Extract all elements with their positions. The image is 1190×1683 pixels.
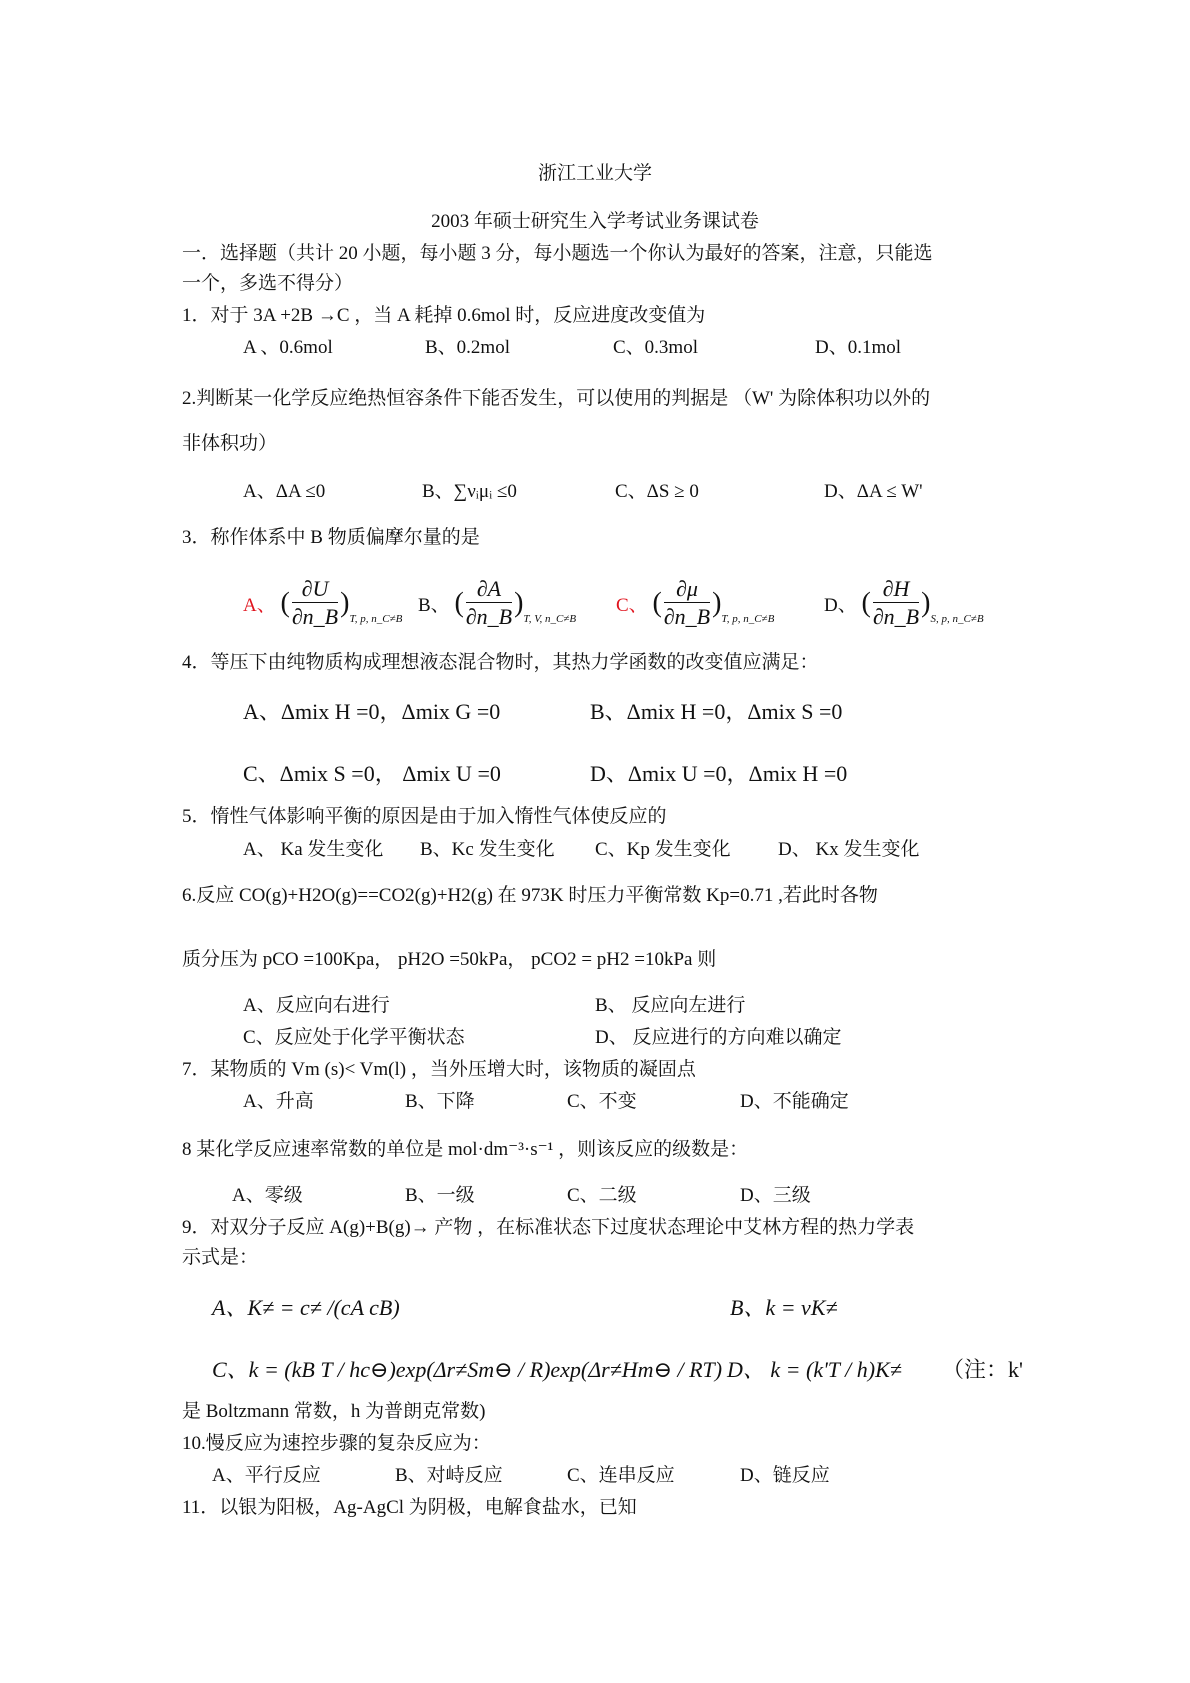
option-c: C、不变: [567, 1090, 637, 1114]
option-a: A、反应向右进行: [243, 994, 390, 1018]
question-text: 某化学反应速率常数的单位是 mol·dm⁻³·s⁻¹ ，则该反应的级数是：: [196, 1139, 748, 1160]
question-text: 慢反应为速控步骤的复杂反应为：: [206, 1433, 491, 1454]
option-a: A 、0.6mol: [243, 336, 333, 360]
option-b: B、0.2mol: [425, 336, 510, 360]
option-c: C、ΔS ≥ 0: [615, 480, 699, 504]
option-a: A、平行反应: [212, 1464, 321, 1488]
subscript: T, p, n_C≠B: [349, 613, 402, 625]
question-3: 3．称作体系中 B 物质偏摩尔量的是: [182, 526, 480, 550]
option-a: A、ΔA ≤0: [243, 480, 325, 504]
option-label: B、: [418, 595, 450, 616]
option-d: D、链反应: [740, 1464, 830, 1488]
question-number: 8: [182, 1139, 192, 1160]
option-a: A、 Ka 发生变化: [243, 838, 383, 862]
question-number: 4．: [182, 652, 211, 673]
question-6-line2: 质分压为 pCO =100Kpa， pH2O =50kPa， pCO2 = pH…: [182, 948, 716, 972]
subscript: S, p, n_C≠B: [930, 613, 983, 625]
numerator: ∂A: [466, 576, 512, 603]
option-b: B、k = νK≠: [730, 1296, 838, 1320]
option-b: B、一级: [405, 1184, 475, 1208]
section-title-line2: 一个，多选不得分）: [182, 272, 353, 296]
question-text: 等压下由纯物质构成理想液态混合物时，其热力学函数的改变值应满足：: [211, 652, 819, 673]
question-text: 惰性气体影响平衡的原因是由于加入惰性气体使反应的: [211, 806, 667, 827]
option-c: C、Δmix S =0， Δmix U =0: [243, 762, 501, 786]
question-8: 8 某化学反应速率常数的单位是 mol·dm⁻³·s⁻¹ ，则该反应的级数是：: [182, 1138, 748, 1162]
question-text: 称作体系中 B 物质偏摩尔量的是: [211, 527, 480, 548]
note-start: （注：k': [942, 1358, 1023, 1382]
question-text: 判断某一化学反应绝热恒容条件下能否发生，可以使用的判据是 （W' 为除体积功以外…: [196, 388, 930, 409]
university-name: 浙江工业大学: [0, 162, 1190, 186]
question-text: 某物质的 Vm (s)< Vm(l) ，当外压增大时，该物质的凝固点: [211, 1059, 696, 1080]
question-1: 1．对于 3A +2B →C ，当 A 耗掉 0.6mol 时，反应进度改变值为: [182, 304, 705, 328]
option-a: A、 (∂U∂n_B)T, p, n_C≠B: [243, 576, 402, 631]
option-c: C、0.3mol: [613, 336, 698, 360]
option-b: B、下降: [405, 1090, 475, 1114]
question-number: 10.: [182, 1433, 206, 1454]
option-d: D、 Kx 发生变化: [778, 838, 919, 862]
option-label: C、: [616, 595, 648, 616]
option-c: C、Kp 发生变化: [595, 838, 731, 862]
question-4: 4．等压下由纯物质构成理想液态混合物时，其热力学函数的改变值应满足：: [182, 651, 819, 675]
question-number: 9．: [182, 1217, 211, 1238]
question-text: 对双分子反应 A(g)+B(g)→ 产物 ，在标准状态下过度状态理论中艾林方程的…: [211, 1217, 915, 1238]
question-11: 11．以银为阳极，Ag-AgCl 为阴极，电解食盐水，已知: [182, 1496, 637, 1520]
question-9-note: 是 Boltzmann 常数，h 为普朗克常数): [182, 1400, 485, 1424]
numerator: ∂H: [873, 576, 919, 603]
denominator: ∂n_B: [466, 603, 512, 631]
question-10: 10.慢反应为速控步骤的复杂反应为：: [182, 1432, 491, 1456]
subscript: T, V, n_C≠B: [523, 613, 576, 625]
numerator: ∂μ: [664, 576, 710, 603]
question-3-options: A、 (∂U∂n_B)T, p, n_C≠B B、 (∂A∂n_B)T, V, …: [0, 568, 1190, 638]
question-9-line1: 9．对双分子反应 A(g)+B(g)→ 产物 ，在标准状态下过度状态理论中艾林方…: [182, 1216, 914, 1240]
question-number: 2.: [182, 388, 196, 409]
question-2-line1: 2.判断某一化学反应绝热恒容条件下能否发生，可以使用的判据是 （W' 为除体积功…: [182, 387, 930, 411]
question-number: 7．: [182, 1059, 211, 1080]
subscript: T, p, n_C≠B: [721, 613, 774, 625]
option-d: D、Δmix U =0，Δmix H =0: [590, 762, 847, 786]
question-7: 7．某物质的 Vm (s)< Vm(l) ，当外压增大时，该物质的凝固点: [182, 1058, 696, 1082]
question-6-line1: 6.反应 CO(g)+H2O(g)==CO2(g)+H2(g) 在 973K 时…: [182, 884, 878, 908]
option-b: B、∑νᵢμᵢ ≤0: [422, 480, 517, 504]
denominator: ∂n_B: [873, 603, 919, 631]
option-d: D、 k = (k'T / h)K≠: [727, 1358, 902, 1382]
option-c: C、k = (kB T / hc⊖)exp(Δr≠Sm⊖ / R)exp(Δr≠…: [212, 1358, 722, 1382]
option-d: D、三级: [740, 1184, 811, 1208]
option-d: D、 (∂H∂n_B)S, p, n_C≠B: [824, 576, 984, 631]
numerator: ∂U: [292, 576, 338, 603]
question-number: 11．: [182, 1497, 219, 1518]
question-text: 以银为阳极，Ag-AgCl 为阴极，电解食盐水，已知: [219, 1497, 636, 1518]
option-b: B、Kc 发生变化: [420, 838, 555, 862]
denominator: ∂n_B: [292, 603, 338, 631]
option-c: C、连串反应: [567, 1464, 675, 1488]
exam-title: 2003 年硕士研究生入学考试业务课试卷: [0, 210, 1190, 234]
option-d: D、ΔA ≤ W': [824, 480, 923, 504]
option-c: C、反应处于化学平衡状态: [243, 1026, 465, 1050]
option-b: B、对峙反应: [395, 1464, 503, 1488]
option-b: B、 反应向左进行: [595, 994, 745, 1018]
option-a: A、升高: [243, 1090, 314, 1114]
denominator: ∂n_B: [664, 603, 710, 631]
option-d: D、0.1mol: [815, 336, 901, 360]
option-d: D、不能确定: [740, 1090, 849, 1114]
question-number: 5．: [182, 806, 211, 827]
question-number: 1．: [182, 305, 211, 326]
option-c: C、二级: [567, 1184, 637, 1208]
option-a: A、Δmix H =0，Δmix G =0: [243, 700, 500, 724]
option-a: A、K≠ = c≠ /(cA cB): [212, 1296, 400, 1320]
question-number: 3．: [182, 527, 211, 548]
question-9-line2: 示式是：: [182, 1246, 258, 1270]
option-label: A、: [243, 595, 276, 616]
question-text: 对于 3A +2B →C ，当 A 耗掉 0.6mol 时，反应进度改变值为: [211, 305, 706, 326]
question-2-line2: 非体积功）: [182, 432, 277, 456]
option-label: D、: [824, 595, 857, 616]
question-text: 反应 CO(g)+H2O(g)==CO2(g)+H2(g) 在 973K 时压力…: [196, 885, 878, 906]
option-d: D、 反应进行的方向难以确定: [595, 1026, 841, 1050]
question-5: 5．惰性气体影响平衡的原因是由于加入惰性气体使反应的: [182, 805, 667, 829]
question-number: 6.: [182, 885, 196, 906]
option-b: B、Δmix H =0，Δmix S =0: [590, 700, 842, 724]
option-a: A、零级: [232, 1184, 303, 1208]
option-c: C、 (∂μ∂n_B)T, p, n_C≠B: [616, 576, 774, 631]
section-title-line1: 一．选择题（共计 20 小题，每小题 3 分，每小题选一个你认为最好的答案，注意…: [182, 242, 933, 266]
option-b: B、 (∂A∂n_B)T, V, n_C≠B: [418, 576, 576, 631]
